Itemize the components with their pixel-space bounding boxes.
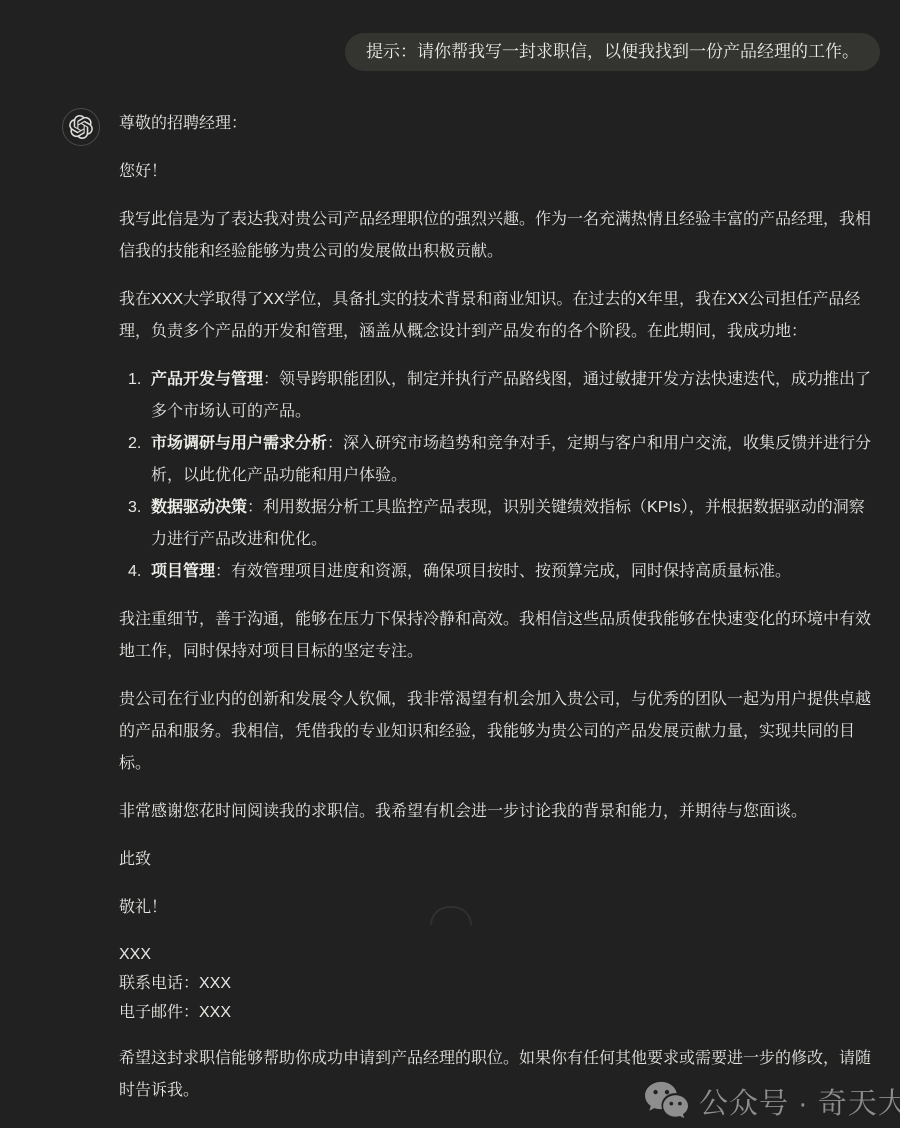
- list-item-number: 1.: [128, 364, 141, 396]
- cizhi-line: 此致: [119, 844, 879, 876]
- list-item-product-development: 1. 产品开发与管理：领导跨职能团队，制定并执行产品路线图，通过敏捷开发方法快速…: [119, 364, 879, 428]
- wechat-icon: [644, 1080, 690, 1122]
- achievements-list: 1. 产品开发与管理：领导跨职能团队，制定并执行产品路线图，通过敏捷开发方法快速…: [119, 364, 879, 588]
- signature-block: XXX 联系电话：XXX 电子邮件：XXX: [119, 940, 879, 1027]
- greeting-line: 您好！: [119, 156, 879, 188]
- assistant-message-content: 尊敬的招聘经理： 您好！ 我写此信是为了表达我对贵公司产品经理职位的强烈兴趣。作…: [119, 108, 879, 1123]
- list-item-market-research: 2. 市场调研与用户需求分析：深入研究市场趋势和竞争对手，定期与客户和用户交流，…: [119, 428, 879, 492]
- watermark-text: 公众号 · 奇天大盛: [699, 1081, 900, 1122]
- signature-name: XXX: [119, 940, 879, 969]
- openai-logo-icon: [69, 115, 93, 139]
- list-item-title: 项目管理: [151, 563, 215, 580]
- signature-email: 电子邮件：XXX: [119, 998, 879, 1027]
- user-message-bubble: 提示：请你帮我写一封求职信，以便我找到一份产品经理的工作。: [345, 33, 880, 71]
- list-item-text: ：利用数据分析工具监控产品表现，识别关键绩效指标（KPIs），并根据数据驱动的洞…: [151, 499, 865, 548]
- assistant-message-row: 尊敬的招聘经理： 您好！ 我写此信是为了表达我对贵公司产品经理职位的强烈兴趣。作…: [62, 108, 880, 1123]
- chat-screen: 提示：请你帮我写一封求职信，以便我找到一份产品经理的工作。 尊敬的招聘经理： 您…: [0, 0, 900, 1128]
- user-message-row: 提示：请你帮我写一封求职信，以便我找到一份产品经理的工作。: [0, 0, 900, 71]
- assistant-avatar: [62, 108, 100, 146]
- background-paragraph: 我在XXX大学取得了XX学位，具备扎实的技术背景和商业知识。在过去的X年里，我在…: [119, 284, 879, 348]
- signature-phone: 联系电话：XXX: [119, 969, 879, 998]
- salutation-line: 尊敬的招聘经理：: [119, 108, 879, 140]
- thanks-paragraph: 非常感谢您花时间阅读我的求职信。我希望有机会进一步讨论我的背景和能力，并期待与您…: [119, 796, 879, 828]
- list-item-number: 4.: [128, 556, 141, 588]
- list-item-number: 3.: [128, 492, 141, 524]
- list-item-text: ：有效管理项目进度和资源，确保项目按时、按预算完成，同时保持高质量标准。: [215, 563, 791, 580]
- list-item-number: 2.: [128, 428, 141, 460]
- list-item-project-management: 4. 项目管理：有效管理项目进度和资源，确保项目按时、按预算完成，同时保持高质量…: [119, 556, 879, 588]
- list-item-title: 产品开发与管理: [151, 371, 263, 388]
- company-paragraph: 贵公司在行业内的创新和发展令人钦佩，我非常渴望有机会加入贵公司，与优秀的团队一起…: [119, 684, 879, 780]
- jingli-line: 敬礼！: [119, 892, 879, 924]
- intro-paragraph: 我写此信是为了表达我对贵公司产品经理职位的强烈兴趣。作为一名充满热情且经验丰富的…: [119, 204, 879, 268]
- list-item-data-driven: 3. 数据驱动决策：利用数据分析工具监控产品表现，识别关键绩效指标（KPIs），…: [119, 492, 879, 556]
- watermark: 公众号 · 奇天大盛: [644, 1080, 900, 1122]
- qualities-paragraph: 我注重细节，善于沟通，能够在压力下保持冷静和高效。我相信这些品质使我能够在快速变…: [119, 604, 879, 668]
- list-item-title: 数据驱动决策: [151, 499, 247, 516]
- list-item-title: 市场调研与用户需求分析: [151, 435, 327, 452]
